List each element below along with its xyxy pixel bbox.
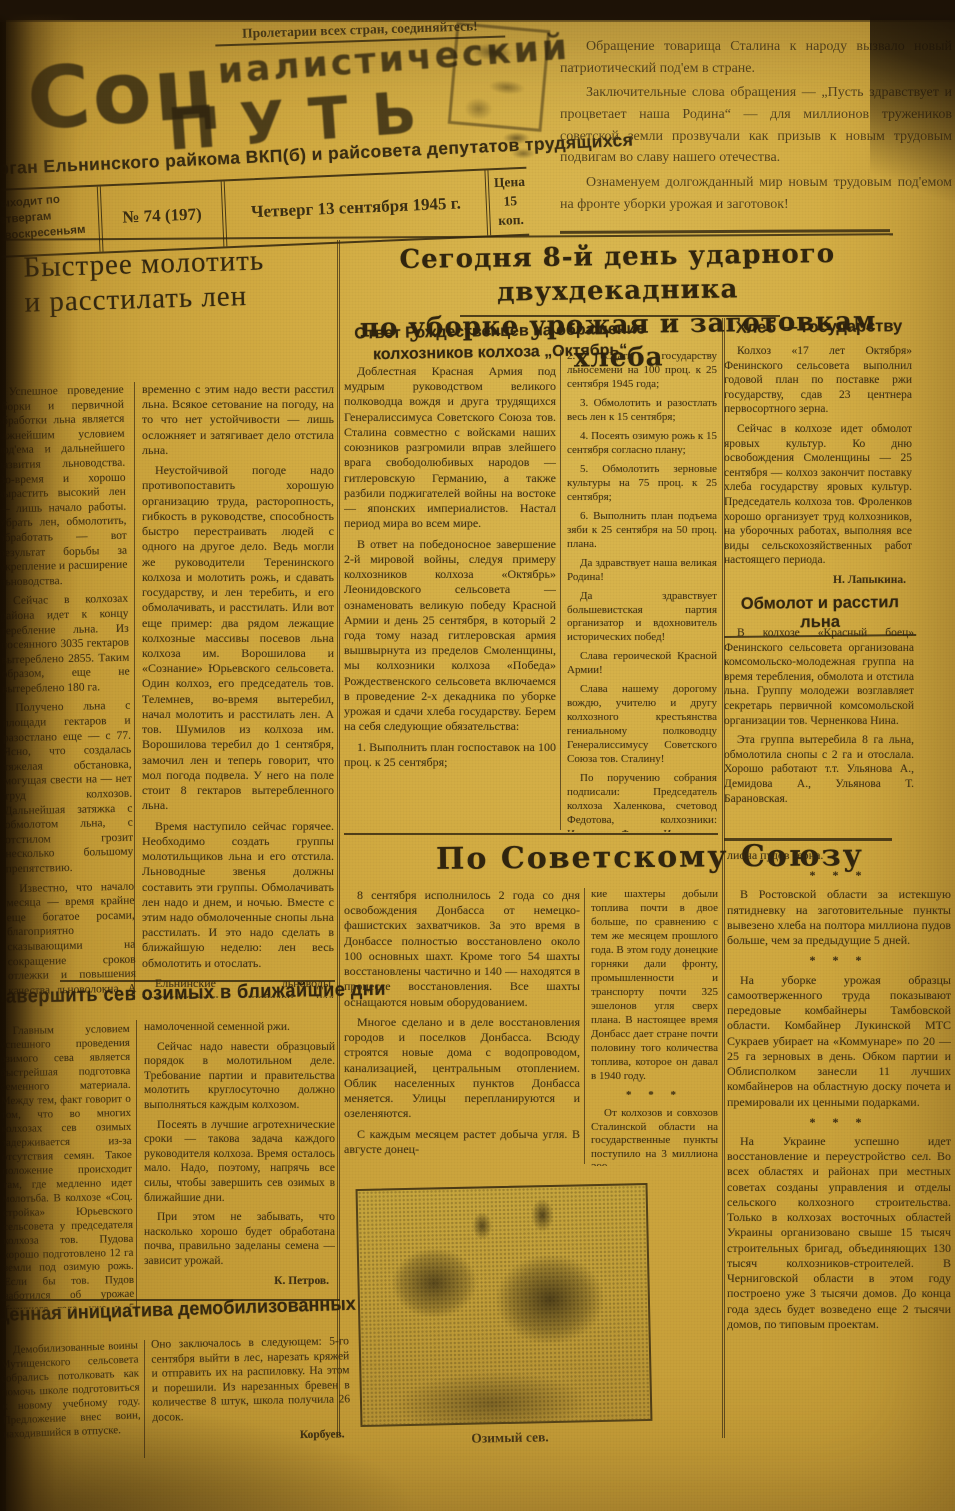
paragraph: С каждым месяцем растет добыча угля. В а… (344, 1127, 580, 1157)
obmolot-article-body: В колхозе «Красный боец» Фенинского сель… (724, 626, 914, 836)
otvet-article-column-2: 2. Сдать государству льносемени на 100 п… (567, 350, 717, 832)
ink-stamp (448, 22, 551, 132)
soyuz-column-rule (584, 888, 585, 1164)
photo-winter-sowing (356, 1183, 653, 1427)
paragraph: Да здравствует наша великая Родина! (567, 557, 717, 585)
paragraph: Получено льна с площади гектаров и разос… (2, 699, 134, 877)
initiative-article-column-1: Демобилизованные воины Мутищенского сель… (0, 1339, 142, 1460)
separator-stars: * * * (591, 1089, 718, 1103)
flax-article-column-1: Успешное проведение уборки и первичной о… (0, 383, 136, 1000)
paragraph: Оно заключалось в следующем: 5-го сентяб… (151, 1334, 350, 1425)
paragraph: Сейчас в колхозе идет обмолот яровых кул… (724, 422, 912, 568)
sowing-article-signature: К. Петров. (144, 1274, 335, 1289)
paragraph: В Ростовской области за истекшую пятидне… (727, 887, 951, 948)
rule-above-soyuz-title (344, 833, 718, 835)
paragraph: кие шахтеры добыли топлива почти в двое … (591, 888, 718, 1084)
sowing-column-2-text: намолоченной семенной ржи.Сейчас надо на… (144, 1020, 335, 1269)
paragraph: Главным условием успешного проведения оз… (0, 1023, 134, 1309)
paragraph: Слава нашему дорогому вождю, учителю и д… (567, 683, 717, 767)
sowing-article-column-2: намолоченной семенной ржи.Сейчас надо на… (144, 1020, 335, 1310)
paragraph: 8 сентября исполнилось 2 года со дня осв… (344, 888, 580, 1010)
paragraph: В ответ на победоносное завершение 2-й м… (344, 537, 556, 735)
paragraph: При этом не забывать, что насколько хоро… (144, 1210, 335, 1268)
soyuz-column-1: 8 сентября исполнилось 2 года со дня осв… (344, 888, 580, 1166)
paragraph: Колхоз «17 лет Октября» Фенинского сельс… (724, 344, 912, 417)
paragraph: лиона пудов зерна. (727, 848, 951, 863)
paragraph: временно с этим надо вести расстил льна.… (142, 382, 334, 458)
soyuz-column-2: кие шахтеры добыли топлива почти в двое … (591, 888, 718, 1166)
paragraph: Слава героической Красной Армии! (567, 650, 717, 678)
initiative-article-signature: Корбуев. (153, 1427, 351, 1445)
paragraph: Обращение товарища Сталина к народу вызв… (560, 36, 952, 79)
photo-caption: Озимый сев. (425, 1429, 595, 1448)
paragraph: Демобилизованные воины Мутищенского сель… (0, 1339, 141, 1442)
paragraph: 4. Посеять озимую рожь к 15 сентября сог… (567, 430, 717, 458)
paragraph: Неустойчивой погоде надо противопоставит… (142, 463, 334, 813)
photo-halftone-texture (358, 1185, 651, 1425)
otvet-article-column-1: Доблестная Красная Армия под мудрым руко… (344, 364, 556, 830)
price-box: Цена 15 коп. (484, 169, 532, 236)
issue-date: Четверг 13 сентября 1945 г. (221, 170, 487, 246)
paragraph: Многое сделано и в деле восстановления г… (344, 1015, 580, 1122)
paragraph: По поручению собрания подписали: Председ… (567, 772, 717, 832)
separator-stars: * * * (727, 953, 951, 968)
hleb-article-signature: Н. Лапыкина. (724, 573, 912, 588)
paragraph: 5. Обмолотить зерновые культуры на 75 пр… (567, 463, 717, 505)
paragraph: Успешное проведение уборки и первичной о… (0, 383, 128, 590)
paragraph: 2. Сдать государству льносемени на 100 п… (567, 350, 717, 392)
paragraph: Доблестная Красная Армия под мудрым руко… (344, 364, 556, 532)
paragraph: Время наступило сейчас горячее. Необходи… (142, 819, 334, 971)
paragraph: Посеять в лучшие агротехнические сроки —… (144, 1118, 335, 1206)
publication-schedule: Выходит по четвергам и воскресеньям (0, 185, 101, 258)
paragraph: На Украине успешно идет восстановление и… (727, 1134, 951, 1332)
issue-number: № 74 (197) (97, 182, 224, 252)
paragraph: 3. Обмолотить и разостлать весь лен к 15… (567, 397, 717, 425)
price-value: 15 коп. (494, 192, 527, 231)
paragraph: От колхозов и совхозов Сталинской област… (591, 1107, 718, 1166)
newspaper-scan-page: { "colors": { "paper": "#d3ac42", "ink":… (0, 0, 955, 1511)
paragraph: 1. Выполнить план госпоставок на 100 про… (344, 740, 556, 770)
initiative-article-column-2: Оно заключалось в следующем: 5-го сентяб… (151, 1334, 351, 1463)
flax-column-rule (134, 382, 135, 1000)
ink-smudge (498, 128, 544, 162)
editorial-intro: Обращение товарища Сталина к народу вызв… (560, 36, 952, 234)
otvet-column-rule (560, 350, 561, 830)
paragraph: Ознаменуем долгожданный мир новым трудов… (560, 172, 952, 215)
separator-stars: * * * (727, 868, 951, 883)
paragraph: Заключительные слова обращения — „Пусть … (560, 82, 952, 169)
price-label: Цена (494, 173, 526, 193)
sowing-column-rule (136, 1020, 137, 1310)
paragraph: На уборке урожая образцы самоотверженног… (727, 973, 951, 1110)
paragraph: В колхозе «Красный боец» Фенинского сель… (724, 626, 914, 728)
paragraph: Эта группа вытеребила 8 га льна, обмолот… (724, 733, 914, 806)
paragraph: Сейчас надо навести образцовый порядок в… (144, 1040, 335, 1113)
paragraph: Да здравствует большевистская партия орг… (567, 590, 717, 646)
paragraph: Сейчас в колхозах района идет к концу те… (0, 592, 130, 697)
initiative-column-2-text: Оно заключалось в следующем: 5-го сентяб… (151, 1334, 350, 1425)
hleb-article-title: Хлеб — государству (724, 317, 914, 338)
initiative-column-rule (144, 1340, 145, 1458)
flax-article-column-2: временно с этим надо вести расстил льна.… (142, 382, 334, 998)
paragraph: намолоченной семенной ржи. (144, 1020, 335, 1035)
hleb-article-body: Колхоз «17 лет Октября» Фенинского сельс… (724, 344, 912, 590)
column-rule-left-center (337, 240, 340, 1436)
paragraph: 6. Выполнить план подъема зяби к 25 сент… (567, 510, 717, 552)
soyuz-column-3: лиона пудов зерна.* * *В Ростовской обла… (727, 848, 951, 1446)
sowing-article-column-1: Главным условием успешного проведения оз… (0, 1023, 134, 1309)
hleb-article-text: Колхоз «17 лет Октября» Фенинского сельс… (724, 344, 912, 568)
rule-under-banner (460, 315, 780, 317)
separator-stars: * * * (727, 1115, 951, 1130)
flax-article-title: Быстрее молотить и расстилать лен (9, 241, 349, 321)
